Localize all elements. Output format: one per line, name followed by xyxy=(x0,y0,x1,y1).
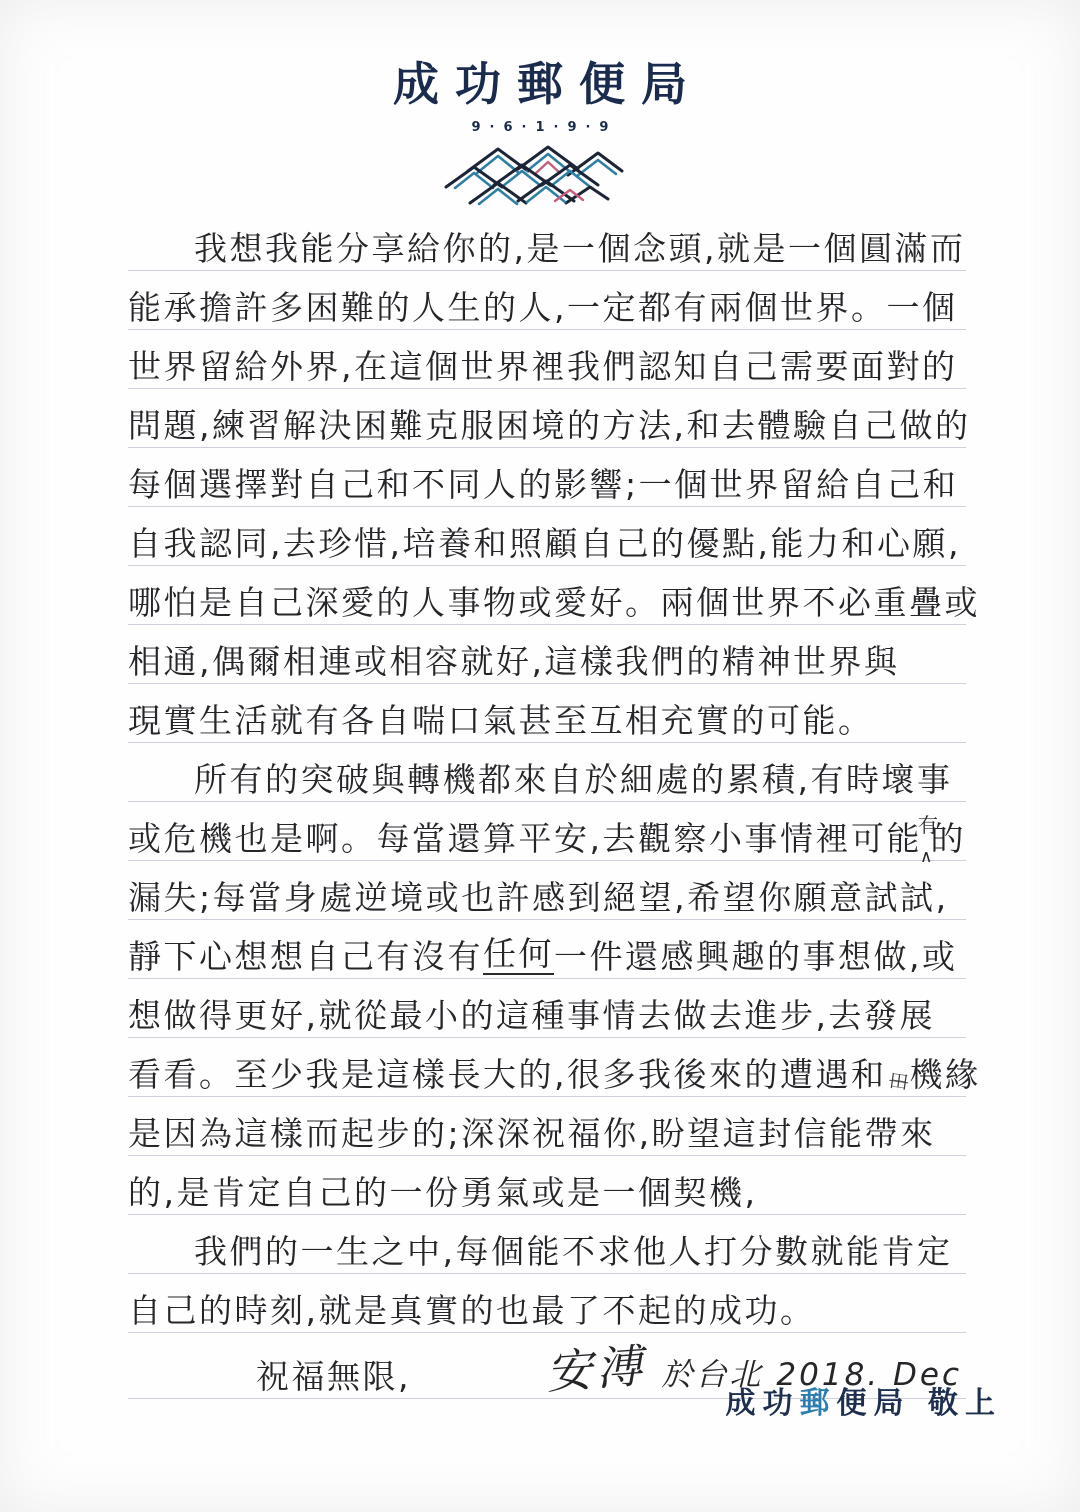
letter-line-text: 的,是肯定自己的一份勇氣或是一個契機, xyxy=(128,1175,757,1211)
letter-line: 自我認同,去珍惜,培養和照顧自己的優點,能力和心願, xyxy=(128,507,966,566)
letter-line: 能承擔許多困難的人生的人,一定都有兩個世界。一個 xyxy=(128,271,966,330)
letter-line: 問題,練習解決困難克服困境的方法,和去體驗自己做的 xyxy=(128,389,966,448)
letter-line: 現實生活就有各自喘口氣甚至互相充實的可能。 xyxy=(128,684,966,743)
postal-code: 9·6·1·9·9 xyxy=(0,120,1080,135)
hand-underlined-text: 任何 xyxy=(483,936,554,975)
letter-line: 我想我能分享給你的,是一個念頭,就是一個圓滿而 xyxy=(128,212,966,271)
letter-line: 想做得更好,就從最小的這種事情去做去進步,去發展 xyxy=(128,979,966,1038)
letter-line-text: 自己的時刻,就是真實的也最了不起的成功。 xyxy=(128,1293,816,1329)
letter-line-text: 漏失;每當身處逆境或也許感到絕望,希望你願意試試, xyxy=(128,880,949,916)
closing-phrase: 祝福無限, xyxy=(256,1359,411,1395)
footer-sender: 成功郵便局 敬上 xyxy=(726,1378,1002,1422)
letter-line-text: 所有的突破與轉機都來自於細處的累積,有時壞事 xyxy=(194,762,953,798)
footer-highlight-char: 郵 xyxy=(800,1386,837,1421)
scanned-letter-page: 成功郵便局 9·6·1·9·9 xyxy=(0,0,1080,1512)
letter-line-text: 或危機也是啊。每當還算平安,去觀察小事情裡可能 xyxy=(128,821,922,857)
letter-line-with-scribble: 看看。至少我是這樣長大的,很多我後來的遭遇和田機緣 xyxy=(128,1038,966,1097)
letter-line: 世界留給外界,在這個世界裡我們認知自己需要面對的 xyxy=(128,330,966,389)
letter-line-text: 靜下心想想自己有沒有 xyxy=(128,939,483,975)
signature-name: 安溥 xyxy=(544,1341,647,1398)
letter-line-text: 機緣 xyxy=(910,1057,981,1093)
letter-line: 每個選擇對自己和不同人的影響;一個世界留給自己和 xyxy=(128,448,966,507)
letter-line: 是因為這樣而起步的;深深祝福你,盼望這封信能帶來 xyxy=(128,1097,966,1156)
letter-line: 相通,偶爾相連或相容就好,這樣我們的精神世界與 xyxy=(128,625,966,684)
letter-line-text: 自我認同,去珍惜,培養和照顧自己的優點,能力和心願, xyxy=(128,526,961,562)
waves-logo xyxy=(0,143,1080,217)
letter-line-text: 現實生活就有各自喘口氣甚至互相充實的可能。 xyxy=(128,703,874,739)
post-office-title: 成功郵便局 xyxy=(0,48,1080,114)
letter-line: 自己的時刻,就是真實的也最了不起的成功。 xyxy=(128,1274,966,1333)
letter-line: 所有的突破與轉機都來自於細處的累積,有時壞事 xyxy=(128,743,966,802)
letter-line-text: 是因為這樣而起步的;深深祝福你,盼望這封信能帶來 xyxy=(128,1116,936,1152)
letter-line-text: 想做得更好,就從最小的這種事情去做去進步,去發展 xyxy=(128,998,935,1034)
letter-line-text: 相通,偶爾相連或相容就好,這樣我們的精神世界與 xyxy=(128,644,899,680)
letter-line: 的,是肯定自己的一份勇氣或是一個契機, xyxy=(128,1156,966,1215)
letter-line-with-underline: 靜下心想想自己有沒有任何一件還感興趣的事想做,或 xyxy=(128,920,966,979)
letter-line-text: 每個選擇對自己和不同人的影響;一個世界留給自己和 xyxy=(128,467,958,503)
letter-line-text: 問題,練習解決困難克服困境的方法,和去體驗自己做的 xyxy=(128,408,970,444)
letter-line-text: 看看。至少我是這樣長大的,很多我後來的遭遇和 xyxy=(128,1057,887,1093)
letter-line-text: 世界留給外界,在這個世界裡我們認知自己需要面對的 xyxy=(128,349,958,385)
footer-text: 便局 敬上 xyxy=(837,1386,1002,1421)
scribbled-out-character: 田 xyxy=(887,1071,909,1094)
letterhead: 成功郵便局 9·6·1·9·9 xyxy=(0,48,1080,217)
letter-line: 哪怕是自己深愛的人事物或愛好。兩個世界不必重疊或 xyxy=(128,566,966,625)
inserted-character-glyph: 有 xyxy=(918,814,938,836)
letter-line-text: 我想我能分享給你的,是一個念頭,就是一個圓滿而 xyxy=(194,231,965,267)
letter-line-with-insertion: 或危機也是啊。每當還算平安,去觀察小事情裡可能有∧的 xyxy=(128,802,966,861)
letter-line-text: 一件還感興趣的事想做,或 xyxy=(554,939,958,975)
letter-line-text: 我們的一生之中,每個能不求他人打分數就能肯定 xyxy=(194,1234,953,1270)
letter-line: 漏失;每當身處逆境或也許感到絕望,希望你願意試試, xyxy=(128,861,966,920)
letter-line: 我們的一生之中,每個能不求他人打分數就能肯定 xyxy=(128,1215,966,1274)
letter-line-text: 哪怕是自己深愛的人事物或愛好。兩個世界不必重疊或 xyxy=(128,585,980,621)
letter-line-text: 能承擔許多困難的人生的人,一定都有兩個世界。一個 xyxy=(128,290,958,326)
letter-body: 我想我能分享給你的,是一個念頭,就是一個圓滿而 能承擔許多困難的人生的人,一定都… xyxy=(128,212,966,1399)
inserted-character: 有∧ xyxy=(922,824,931,857)
footer-text: 成功 xyxy=(726,1386,800,1421)
